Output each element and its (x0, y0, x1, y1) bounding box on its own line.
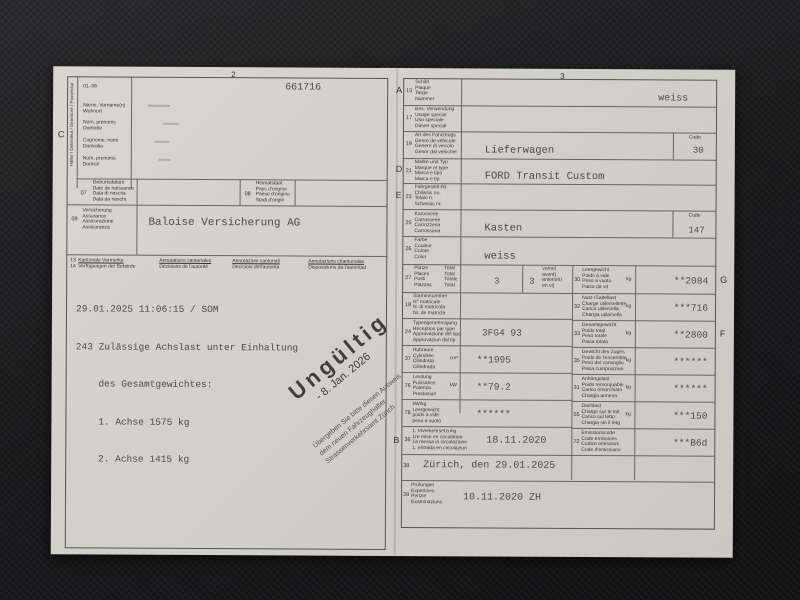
empty-weight-value: **2084 (674, 275, 708, 286)
type-approval-value: 3FG4 93 (482, 327, 522, 338)
row-07-number: 07 (81, 190, 87, 196)
redacted-name (155, 141, 169, 143)
cantonal-annotations-text: 29.01.2025 11:06:15 / SOM 243 Zulässige … (75, 278, 298, 492)
vehicle-type-code: 30 (693, 146, 704, 156)
redacted-name (163, 123, 179, 125)
name-label-it: Cognome, nomi Domicilio (83, 138, 129, 149)
displacement-value: **1995 (477, 354, 511, 365)
vehicle-type-value: Lieferwagen (485, 144, 554, 156)
reg-row-18: 18 Stammnummer N° matricule N. di matric… (402, 292, 572, 320)
emission-code-value: ***B6d (673, 437, 707, 448)
body-type-value: Kasten (484, 222, 522, 234)
issue-place-date: Zürich, den 29.01.2025 (423, 460, 555, 472)
inspection-value: 10.11.2020 ZH (463, 492, 541, 503)
decisions-header-fr: Décisions de l'autorité (159, 264, 211, 270)
section-letter-e: E (396, 190, 402, 200)
section-letter-b: B (393, 435, 399, 445)
name-label-rm: Num, prenums Domicil (83, 156, 129, 167)
holder-side-label: Halter / Détenteur / Detentore / Possess… (69, 83, 75, 167)
name-label-fr: Nom, prénoms Domicile (83, 120, 129, 131)
color-value: weiss (484, 250, 516, 262)
annotation-line: des Gesamtgewichtes: (76, 378, 298, 392)
seats-front-value: 3 (529, 277, 534, 287)
section-letter-f: F (720, 329, 726, 339)
reg-row-36: B 36 1. Inverkehrsetzung 1re mise en cir… (401, 427, 571, 454)
plate-color-value: weiss (658, 93, 688, 104)
body-type-code: 147 (688, 226, 704, 236)
annotation-line: 29.01.2025 11:06:15 / SOM (76, 303, 298, 317)
vehicle-registration-card: 2 C Halter / Détenteur / Detentore / Pos… (51, 66, 736, 558)
section-letter-g: G (720, 275, 727, 285)
power-to-weight-value: ****** (476, 408, 510, 419)
payload-value: ***716 (674, 302, 708, 313)
weight-row-35: 35 Gewicht des Zuges Poids de l'ensemble… (572, 348, 716, 376)
reg-row-37: 37 Hubraum Cylindrée Cilindrata Cilindra… (402, 346, 572, 374)
annotation-line: 243 Zulässige Achslast unter Einhaltung (76, 341, 298, 355)
origin-label-rm: Stadi d'origin (256, 198, 290, 204)
weight-row-55: 55 Dachlast Charge sur le toit Carico su… (571, 402, 715, 430)
reg-row-24: 24 Typengenehmigung Réception par type A… (402, 319, 572, 347)
gross-weight-value: **2800 (674, 329, 708, 340)
train-weight-value: ****** (673, 356, 707, 367)
insurance-value: Baloise Versicherung AG (148, 217, 300, 230)
redacted-name (159, 159, 171, 161)
section-letter-c: C (58, 129, 65, 139)
decisions-header-de: Verfügungen der Behörde (78, 264, 135, 270)
row-09-number: 09 (71, 216, 77, 222)
registration-number-value: 661716 (285, 82, 321, 93)
roof-load-value: ***150 (673, 410, 707, 421)
row-14-number: 14 (70, 264, 76, 270)
name-label-de: Name, Vorname(n) Wohnort (83, 103, 129, 114)
row-01-06-label: 01–06 (83, 84, 97, 90)
weight-row-30: 30 Leergewicht Poids à vide Peso a vuoto… (572, 265, 716, 295)
seats-total-value: 3 (494, 277, 499, 287)
make-model-value: FORD Transit Custom (485, 170, 605, 183)
first-registration-value: 18.11.2020 (486, 435, 546, 446)
reg-row-78: 78 kW/kg Leergewicht poids à vide peso a… (401, 400, 571, 428)
row-08-number: 08 (245, 191, 251, 197)
insurance-label-rm: Assicuranza (82, 225, 113, 231)
birthdate-label-rm: Data da naschi. (93, 197, 134, 203)
weight-row-33: 33 Gesamtgewicht Poids total Peso totale… (572, 321, 716, 349)
section-letter-a: A (396, 85, 402, 95)
weight-row-31: 31 Anhängelast Poids remorquable Carico … (572, 375, 716, 403)
annotation-line: 1. Achse 1575 kg (75, 416, 297, 430)
emission-row-72: 72 Emissionscode Code émissions Codice e… (571, 429, 715, 456)
towing-weight-value: ****** (673, 383, 707, 394)
weight-row-32: 32 Nutz-/Sattellast Charge utile/sellett… (572, 294, 716, 322)
center-fold (394, 68, 399, 556)
reg-row-76: 76 Leistung Puissance Potenza Prestaziun… (402, 373, 572, 401)
decisions-header-rm: Disposiziuns da l'autoritad (308, 265, 366, 271)
redacted-name (148, 105, 170, 107)
annotation-line: 2. Achse 1415 kg (75, 453, 297, 467)
decisions-header-it: Decisioni dell'autorità (232, 265, 280, 271)
power-value: **79.2 (477, 381, 511, 392)
section-letter-d: D (396, 164, 403, 174)
